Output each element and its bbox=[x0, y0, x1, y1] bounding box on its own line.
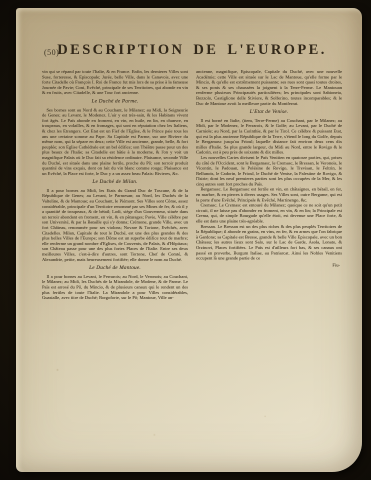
paragraph-milan: Il a pour bornes au Midi, les Etats du G… bbox=[42, 188, 188, 262]
paragraph-mantoue-continuation: ancienne, magnifique, Episcopale, Capita… bbox=[196, 69, 342, 106]
text-column-right: ancienne, magnifique, Episcopale, Capita… bbox=[196, 69, 342, 429]
text-column-left-content: vin qui se répand par toute l'Italie, & … bbox=[42, 69, 188, 300]
section-heading-duche-de-parme: Le Duché de Parme. bbox=[42, 99, 188, 104]
paragraph-venise-bornes: Il est borné en Italie, (item, Terre-Fer… bbox=[196, 118, 342, 155]
paragraph-bressan: Bressan. Le Bressan est un des plus rich… bbox=[196, 224, 342, 261]
catchword: Fiu- bbox=[196, 262, 342, 267]
section-heading-duche-de-milan: Le Duché de Milan. bbox=[42, 180, 188, 185]
paragraph-cremasc: Cremasc. Le Cremasc est entouré du Milan… bbox=[196, 203, 342, 224]
paragraph-parme: Ses bornes sont au Nord & au Couchant, l… bbox=[42, 107, 188, 176]
scan-background: (50) DESCRIPTION DE L'EUROPE. vin qui se… bbox=[0, 0, 371, 480]
section-heading-duche-de-mantoue: Le Duché de Mantoue. bbox=[42, 266, 188, 271]
page-number: (50) bbox=[44, 48, 59, 57]
page-title: DESCRIPTION DE L'EUROPE. bbox=[42, 42, 342, 59]
page-header: (50) DESCRIPTION DE L'EUROPE. bbox=[42, 42, 342, 64]
paragraph-venise-divisions: Les nouvelles Cartes divisent le Païs Ve… bbox=[196, 155, 342, 187]
paragraph-bergamasc: Bergamasc. Le Bergamasc est fertile en v… bbox=[196, 187, 342, 203]
text-column-right-content: ancienne, magnifique, Episcopale, Capita… bbox=[196, 69, 342, 268]
section-heading-etat-de-venise: L'Etat de Venise. bbox=[196, 110, 342, 115]
text-block: vin qui se répand par toute l'Italie, & … bbox=[42, 69, 342, 429]
text-column-left: vin qui se répand par toute l'Italie, & … bbox=[42, 69, 188, 429]
book-page: (50) DESCRIPTION DE L'EUROPE. vin qui se… bbox=[16, 8, 362, 472]
paragraph-piemont-continuation: vin qui se répand par toute l'Italie, & … bbox=[42, 69, 188, 95]
paragraph-mantoue: Il a pour bornes au Levant, le Ferrarois… bbox=[42, 274, 188, 300]
